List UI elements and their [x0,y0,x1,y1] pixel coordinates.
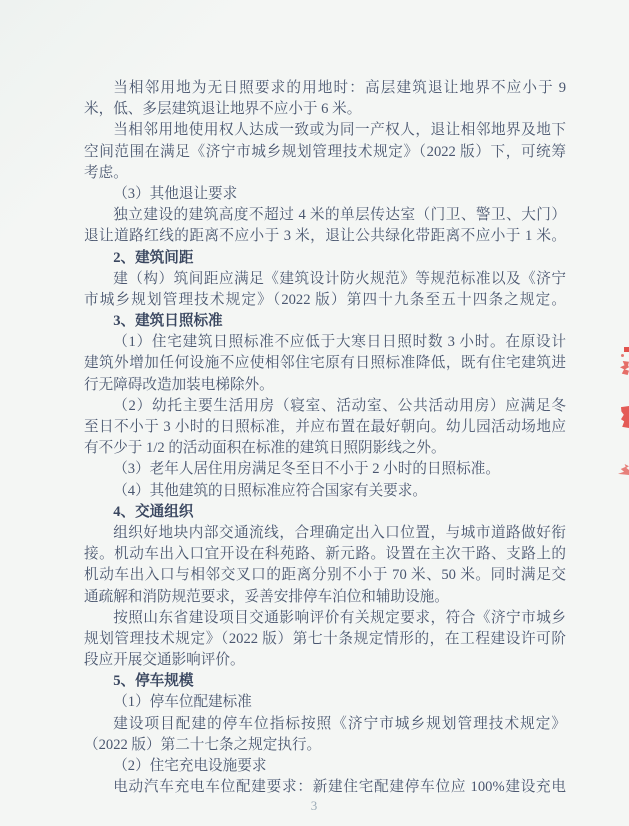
document-page: 当相邻用地为无日照要求的用地时：高层建筑退让地界不应小于 9米，低、多层建筑退让… [0,0,629,826]
text-line: 退让道路红线的距离不应小于 3 米，退让公共绿化带距离不应小于 1 米。 [84,226,566,247]
text-line: 米，低、多层建筑退让地界不应小于 6 米。 [84,99,566,120]
text-line: 电动汽车充电车位配建要求：新建住宅配建停车位应 100%建设充电 [84,777,566,798]
text-line: 规划管理技术规定》（2022 版）第七十条规定情形的，在工程建设许可阶 [84,629,566,650]
text-line: （4）其他建筑的日照标准应符合国家有关要求。 [84,481,566,502]
section-heading: 3、建筑日照标准 [84,311,566,332]
text-line: 市城乡规划管理技术规定》（2022 版）第四十九条至五十四条之规定。 [84,290,566,311]
text-line: （3）老年人居住用房满足冬至日不小于 2 小时的日照标准。 [84,459,566,480]
red-stamp-fragment [624,347,629,352]
section-heading: 4、交通组织 [84,502,566,523]
text-line: （2）住宅充电设施要求 [84,756,566,777]
text-line: 组织好地块内部交通流线，合理确定出入口位置，与城市道路做好衔 [84,523,566,544]
section-heading: 2、建筑间距 [84,248,566,269]
text-line: （2）幼托主要生活用房（寝室、活动室、公共活动用房）应满足冬 [84,396,566,417]
text-line: 考虑。 [84,163,566,184]
text-line: （2022 版）第二十七条之规定执行。 [84,735,566,756]
text-line: 建筑外增加任何设施不应使相邻住宅原有日照标准降低，既有住宅建筑进 [84,353,566,374]
red-stamp-fragment [620,361,629,375]
section-heading: 5、停车规模 [84,671,566,692]
text-line: 通疏解和消防规范要求，妥善安排停车泊位和辅助设施。 [84,587,566,608]
red-stamp-fragment [621,406,629,428]
text-line: 当相邻用地使用权人达成一致或为同一产权人，退让相邻地界及地下 [84,120,566,141]
red-stamp-fragment [618,464,629,475]
text-line: 独立建设的建筑高度不超过 4 米的单层传达室（门卫、警卫、大门） [84,205,566,226]
text-line: 至日不小于 3 小时的日照标准，并应布置在最好朝向。幼儿园活动场地应 [84,417,566,438]
text-line: 行无障碍改造加装电梯除外。 [84,375,566,396]
text-line: 接。机动车出入口宜开设在科苑路、新元路。设置在主次干路、支路上的 [84,544,566,565]
text-line: 段应开展交通影响评价。 [84,650,566,671]
page-number: 3 [0,798,629,814]
text-line: （3）其他退让要求 [84,184,566,205]
text-line: 建设项目配建的停车位指标按照《济宁市城乡规划管理技术规定》 [84,714,566,735]
text-line: 按照山东省建设项目交通影响评价有关规定要求，符合《济宁市城乡 [84,608,566,629]
document-text-block: 当相邻用地为无日照要求的用地时：高层建筑退让地界不应小于 9米，低、多层建筑退让… [84,78,566,798]
text-line: 当相邻用地为无日照要求的用地时：高层建筑退让地界不应小于 9 [84,78,566,99]
text-line: （1）住宅建筑日照标准不应低于大寒日日照时数 3 小时。在原设计 [84,332,566,353]
text-line: 建（构）筑间距应满足《建筑设计防火规范》等规范标准以及《济宁 [84,269,566,290]
text-line: 机动车出入口与相邻交叉口的距离分别不小于 70 米、50 米。同时满足交 [84,565,566,586]
text-line: 有不少于 1/2 的活动面积在标准的建筑日照阴影线之外。 [84,438,566,459]
text-line: （1）停车位配建标准 [84,692,566,713]
red-stamp-fragment [621,354,624,357]
text-line: 空间范围在满足《济宁市城乡规划管理技术规定》（2022 版）下，可统筹 [84,142,566,163]
